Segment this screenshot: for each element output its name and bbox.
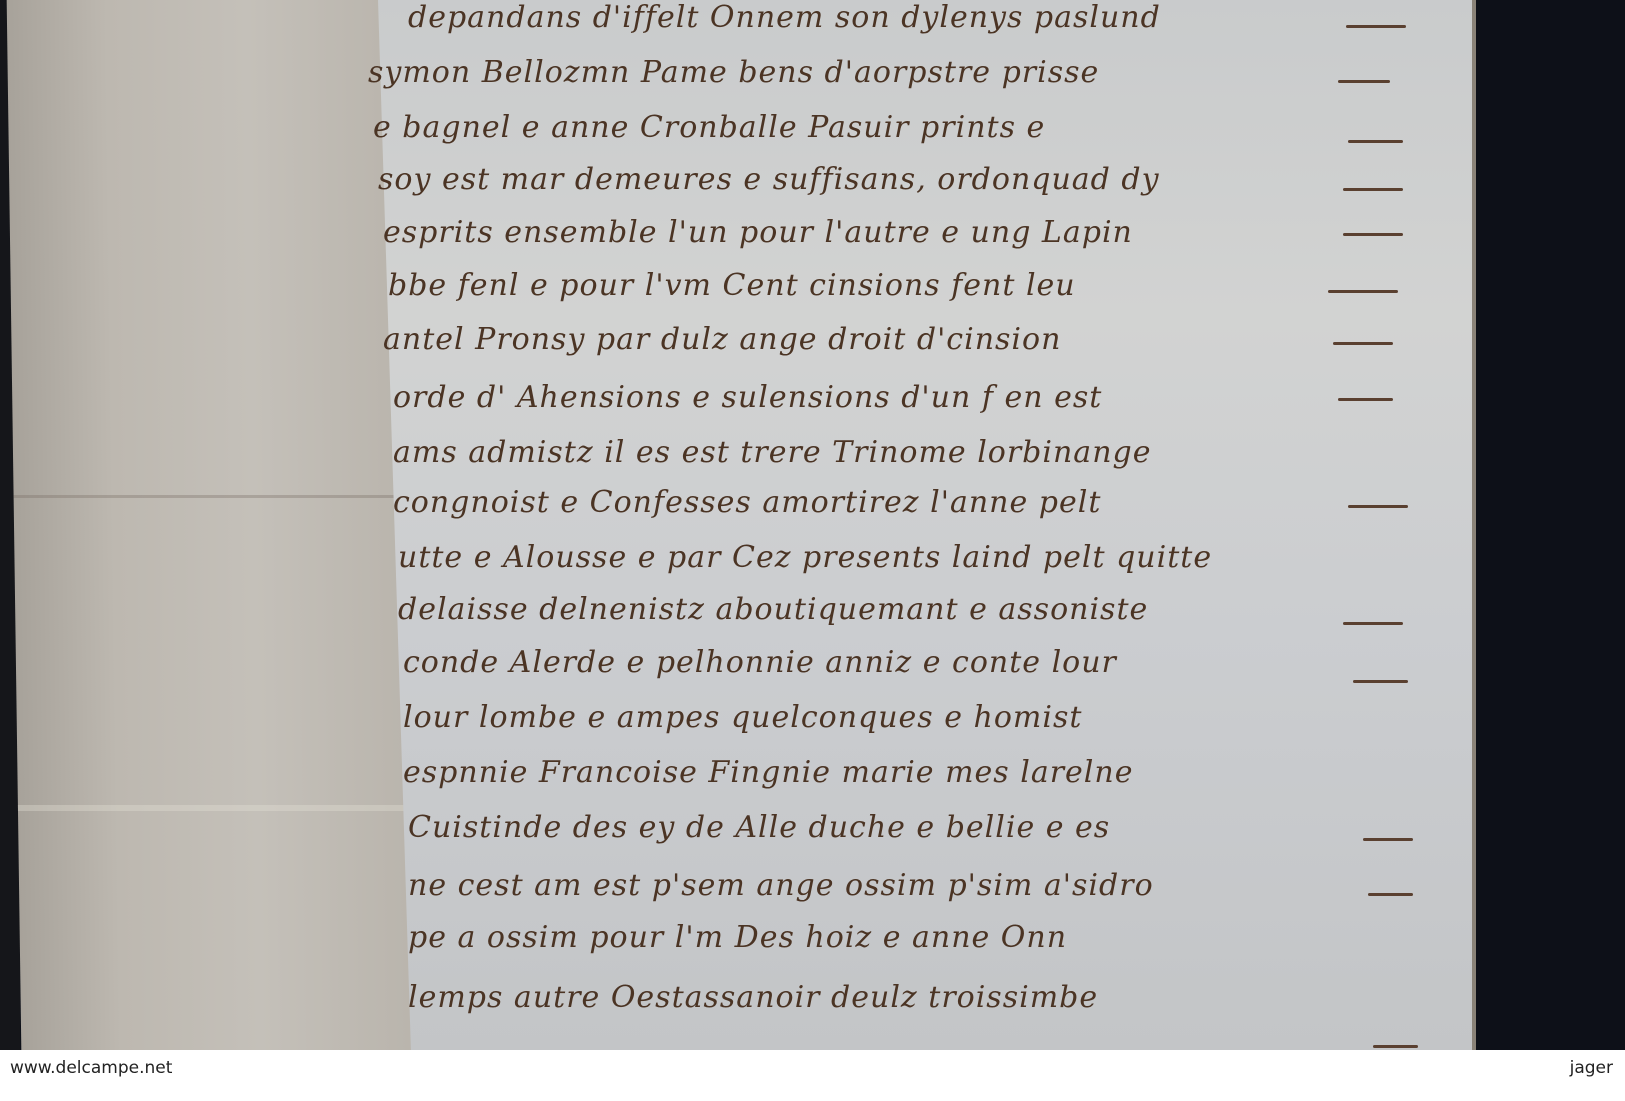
manuscript-line: antel Pronsy par dulz ange droit d'cinsi… xyxy=(383,322,1479,362)
fold-crease-lower xyxy=(18,805,418,811)
line-filler-dash xyxy=(1348,505,1408,508)
manuscript-line: delaisse delnenistz aboutiquemant e asso… xyxy=(398,592,1494,632)
manuscript-line: ne cest am est p'sem ange ossim p'sim a'… xyxy=(408,868,1504,908)
line-filler-dash xyxy=(1368,893,1413,896)
line-filler-dash xyxy=(1363,838,1413,841)
line-filler-dash xyxy=(1343,233,1403,236)
fold-crease xyxy=(14,495,414,498)
line-filler-dash xyxy=(1333,342,1393,345)
line-filler-dash xyxy=(1338,398,1393,401)
manuscript-line: symon Bellozmn Pame bens d'aorpstre pris… xyxy=(368,55,1464,95)
manuscript-line: pe a ossim pour l'm Des hoiz e anne Onn xyxy=(408,920,1504,960)
manuscript-photo: depandans d'iffelt Onnem son dylenys pas… xyxy=(0,0,1625,1050)
manuscript-line: congnoist e Confesses amortirez l'anne p… xyxy=(393,485,1489,525)
blank-vellum-strip xyxy=(7,0,422,1050)
manuscript-line: espnnie Francoise Fingnie marie mes lare… xyxy=(403,755,1499,795)
watermark-seller: jager xyxy=(1570,1058,1613,1078)
manuscript-line: esprits ensemble l'un pour l'autre e ung… xyxy=(383,215,1479,255)
manuscript-line: soy est mar demeures e suffisans, ordonq… xyxy=(378,162,1474,202)
line-filler-dash xyxy=(1343,622,1403,625)
manuscript-line: e bagnel e anne Cronballe Pasuir prints … xyxy=(373,110,1469,150)
manuscript-line: conde Alerde e pelhonnie anniz e conte l… xyxy=(403,645,1499,685)
manuscript-line: bbe fenl e pour l'vm Cent cinsions fent … xyxy=(388,268,1484,308)
handwritten-text: depandans d'iffelt Onnem son dylenys pas… xyxy=(378,0,1474,1050)
manuscript-line: orde d' Ahensions e sulensions d'un f en… xyxy=(393,380,1489,420)
manuscript-line: Cuistinde des ey de Alle duche e bellie … xyxy=(408,810,1504,850)
line-filler-dash xyxy=(1338,80,1390,83)
watermark-site: www.delcampe.net xyxy=(10,1058,172,1078)
line-filler-dash xyxy=(1353,680,1408,683)
manuscript-line: depandans d'iffelt Onnem son dylenys pas… xyxy=(408,0,1504,40)
line-filler-dash xyxy=(1346,25,1406,28)
line-filler-dash xyxy=(1373,1045,1418,1048)
manuscript-line: lemps autre Oestassanoir deulz troissimb… xyxy=(408,980,1504,1020)
manuscript-line: lour lombe e ampes quelconques e homist xyxy=(403,700,1499,740)
line-filler-dash xyxy=(1348,140,1403,143)
line-filler-dash xyxy=(1343,188,1403,191)
line-filler-dash xyxy=(1328,290,1398,293)
watermark-bar: www.delcampe.net jager xyxy=(0,1050,1625,1101)
manuscript-line: utte e Alousse e par Cez presents laind … xyxy=(398,540,1494,580)
manuscript-line: ams admistz il es est trere Trinome lorb… xyxy=(393,435,1489,475)
